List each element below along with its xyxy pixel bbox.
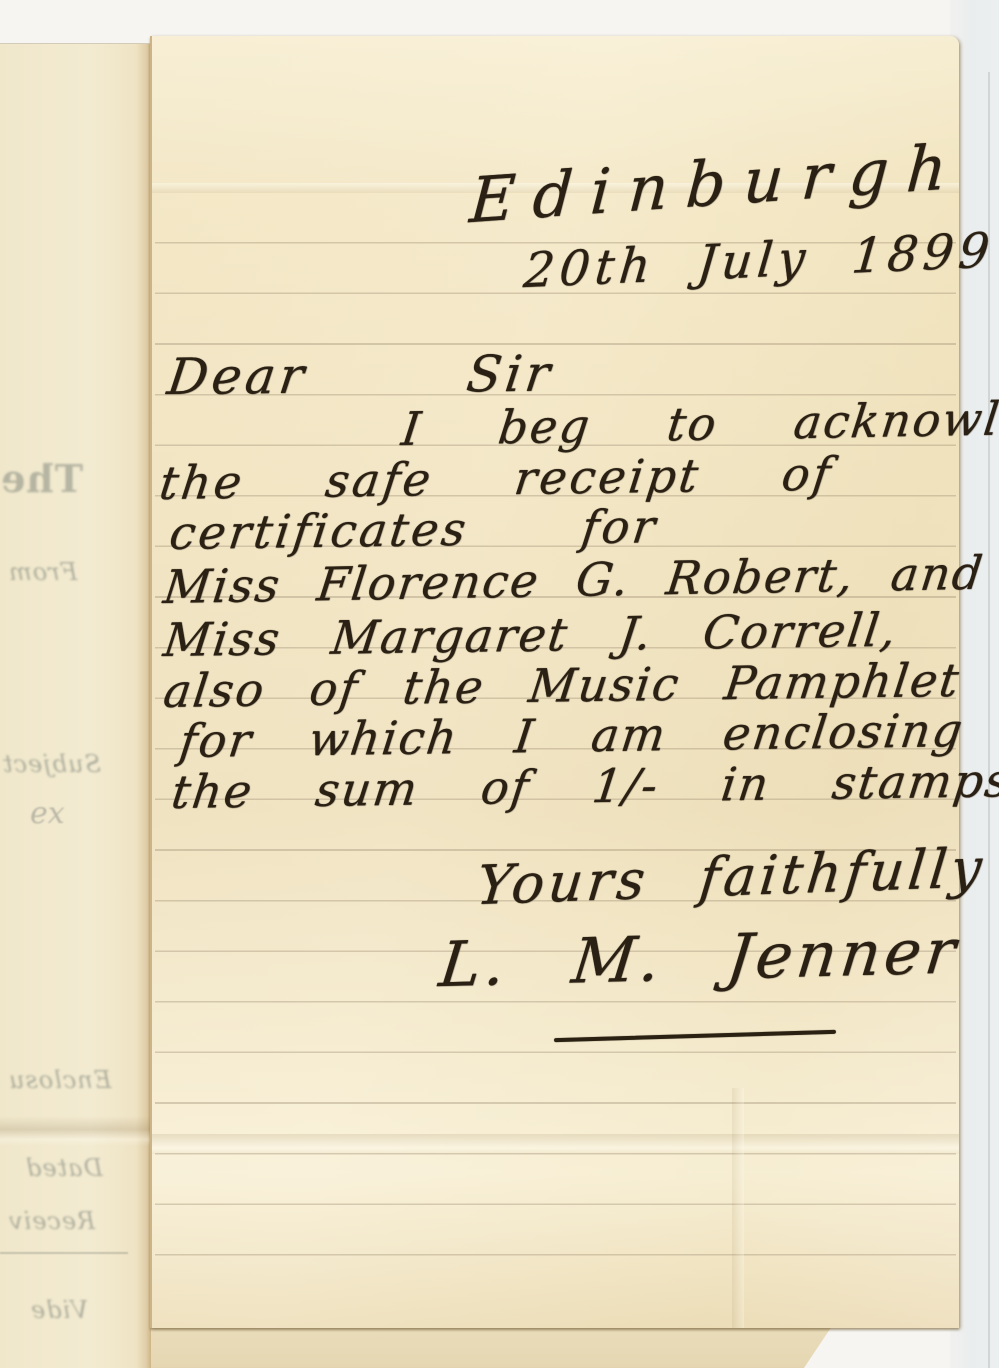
ghost-rule-line — [0, 1252, 128, 1254]
ghost-dated-label: Dated — [25, 1154, 103, 1182]
fold-crease-vertical — [732, 1088, 744, 1328]
underlying-docket-page: The From Subject ex Enclosu Dated Receiv… — [0, 44, 151, 1368]
ghost-received-label: Receiv — [8, 1207, 95, 1235]
body-line-3: certificates for — [167, 499, 662, 560]
ghost-from-label: From — [8, 558, 77, 586]
ghost-vide-label: Vide — [30, 1296, 88, 1324]
ghost-enclosure-label: Enclosu — [8, 1066, 111, 1094]
ghost-masthead-text: The — [0, 456, 83, 501]
fold-crease-bottom — [152, 1134, 959, 1154]
letter-scan: The From Subject ex Enclosu Dated Receiv… — [0, 0, 999, 1368]
ghost-subject-label: Subject — [2, 750, 101, 778]
letter-page: Edinburgh 20th July 1899 Dear Sir I beg … — [150, 36, 959, 1328]
signature-line: L. M. Jenner — [436, 914, 963, 1001]
ghost-pencil-note: ex — [30, 796, 65, 831]
fold-crease-left-page — [0, 1116, 151, 1146]
body-line-8: the sum of 1/- in stamps. — [169, 753, 999, 819]
salutation-line: Dear Sir — [164, 345, 557, 406]
